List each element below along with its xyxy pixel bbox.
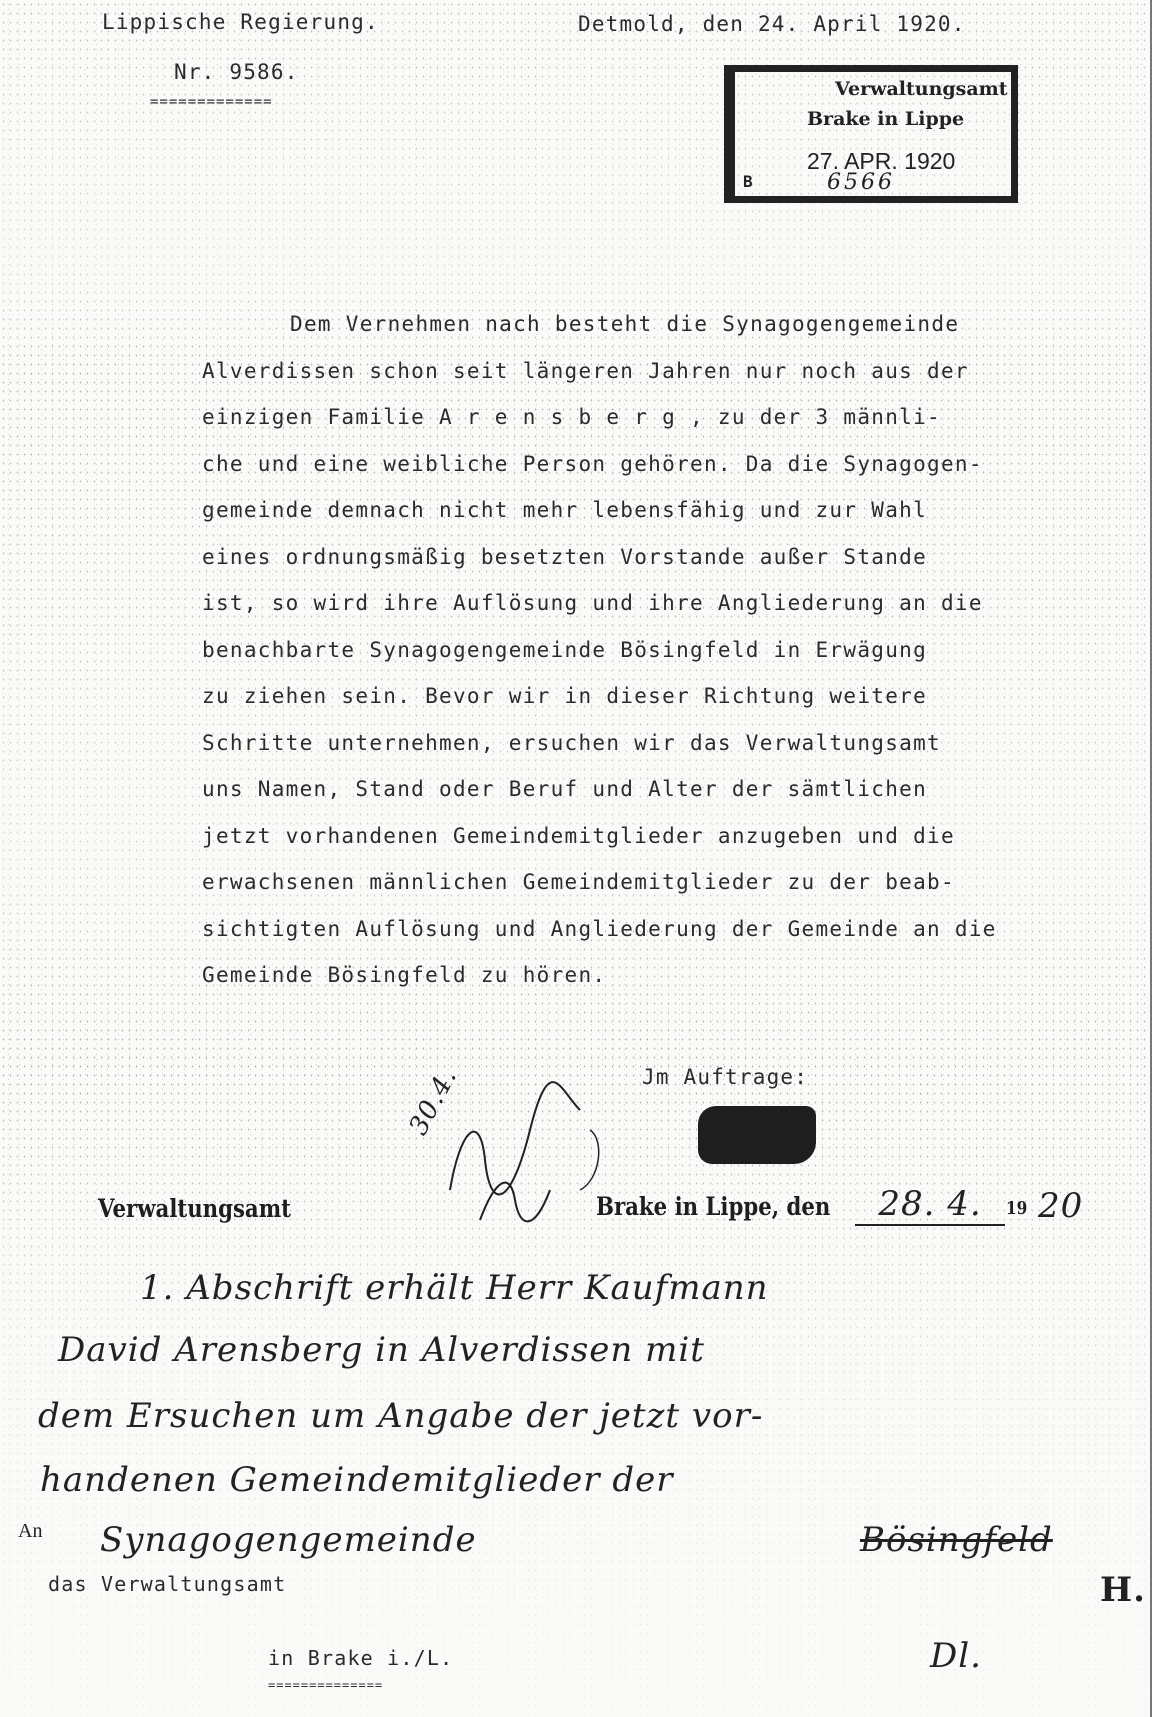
address-location: in Brake i./L.: [268, 1646, 453, 1670]
page-edge: [1150, 0, 1173, 1717]
handwritten-line: handenen Gemeindemitglieder der: [40, 1460, 673, 1500]
handwritten-date: 28. 4.: [855, 1184, 1005, 1226]
receipt-stamp: Verwaltungsamt Brake in Lippe 27. APR. 1…: [724, 65, 1018, 203]
stamp-location: Brake in Lippe: [807, 108, 964, 130]
reference-underline: =============: [150, 94, 273, 110]
body-line: benachbarte Synagogengemeinde Bösingfeld…: [202, 638, 1142, 685]
body-line: einzigen Familie A r e n s b e r g , zu …: [202, 405, 1142, 452]
reference-number: Nr. 9586.: [174, 60, 299, 84]
year-prefix: 19: [1006, 1198, 1027, 1219]
letter-body: Dem Vernehmen nach besteht die Synagogen…: [202, 312, 1142, 1010]
office-name: Verwaltungsamt: [98, 1194, 291, 1223]
body-line: Schritte unternehmen, ersuchen wir das V…: [202, 731, 1142, 778]
body-line: erwachsenen männlichen Gemeindemitgliede…: [202, 870, 1142, 917]
place-date: Detmold, den 24. April 1920.: [578, 12, 966, 36]
year-suffix: 20: [1038, 1186, 1083, 1226]
body-line: uns Namen, Stand oder Beruf und Alter de…: [202, 777, 1142, 824]
body-line: Dem Vernehmen nach besteht die Synagogen…: [202, 312, 1142, 359]
struck-word: Bösingfeld: [860, 1520, 1053, 1560]
address-prefix: An: [18, 1520, 42, 1543]
body-line: eines ordnungsmäßig besetzten Vorstande …: [202, 545, 1142, 592]
body-line: gemeinde demnach nicht mehr lebensfähig …: [202, 498, 1142, 545]
body-line: zu ziehen sein. Bevor wir in dieser Rich…: [202, 684, 1142, 731]
body-line: jetzt vorhandenen Gemeindemitglieder anz…: [202, 824, 1142, 871]
stamp-journal-icon: B: [743, 172, 753, 191]
by-order-label: Jm Auftrage:: [642, 1065, 808, 1089]
body-line: Gemeinde Bösingfeld zu hören.: [202, 963, 1142, 1010]
address-recipient: das Verwaltungsamt: [48, 1572, 286, 1596]
handwritten-line: Synagogengemeinde: [100, 1520, 477, 1560]
body-line: Alverdissen schon seit längeren Jahren n…: [202, 359, 1142, 406]
handwritten-line: 1. Abschrift erhält Herr Kaufmann: [140, 1268, 769, 1308]
handwritten-line: David Arensberg in Alverdissen mit: [58, 1330, 705, 1370]
stamp-office: Verwaltungsamt: [835, 78, 1008, 100]
body-line: ist, so wird ihre Auflösung und ihre Ang…: [202, 591, 1142, 638]
initials-scribble-icon: [440, 1070, 640, 1250]
initial-right: H.: [1100, 1570, 1146, 1610]
redacted-signature: [698, 1106, 816, 1164]
address-underline: ==============: [268, 1678, 383, 1692]
initial-bottom: Dl.: [930, 1636, 982, 1676]
document-page: Lippische Regierung. Nr. 9586. =========…: [0, 0, 1150, 1717]
body-line: sichtigten Auflösung und Angliederung de…: [202, 917, 1142, 964]
authority-name: Lippische Regierung.: [102, 10, 379, 34]
body-line: che und eine weibliche Person gehören. D…: [202, 452, 1142, 499]
stamp-handwritten-number: 6566: [827, 170, 895, 195]
place-prefix: Brake in Lippe, den: [596, 1192, 830, 1221]
handwritten-line: dem Ersuchen um Angabe der jetzt vor-: [38, 1396, 763, 1436]
